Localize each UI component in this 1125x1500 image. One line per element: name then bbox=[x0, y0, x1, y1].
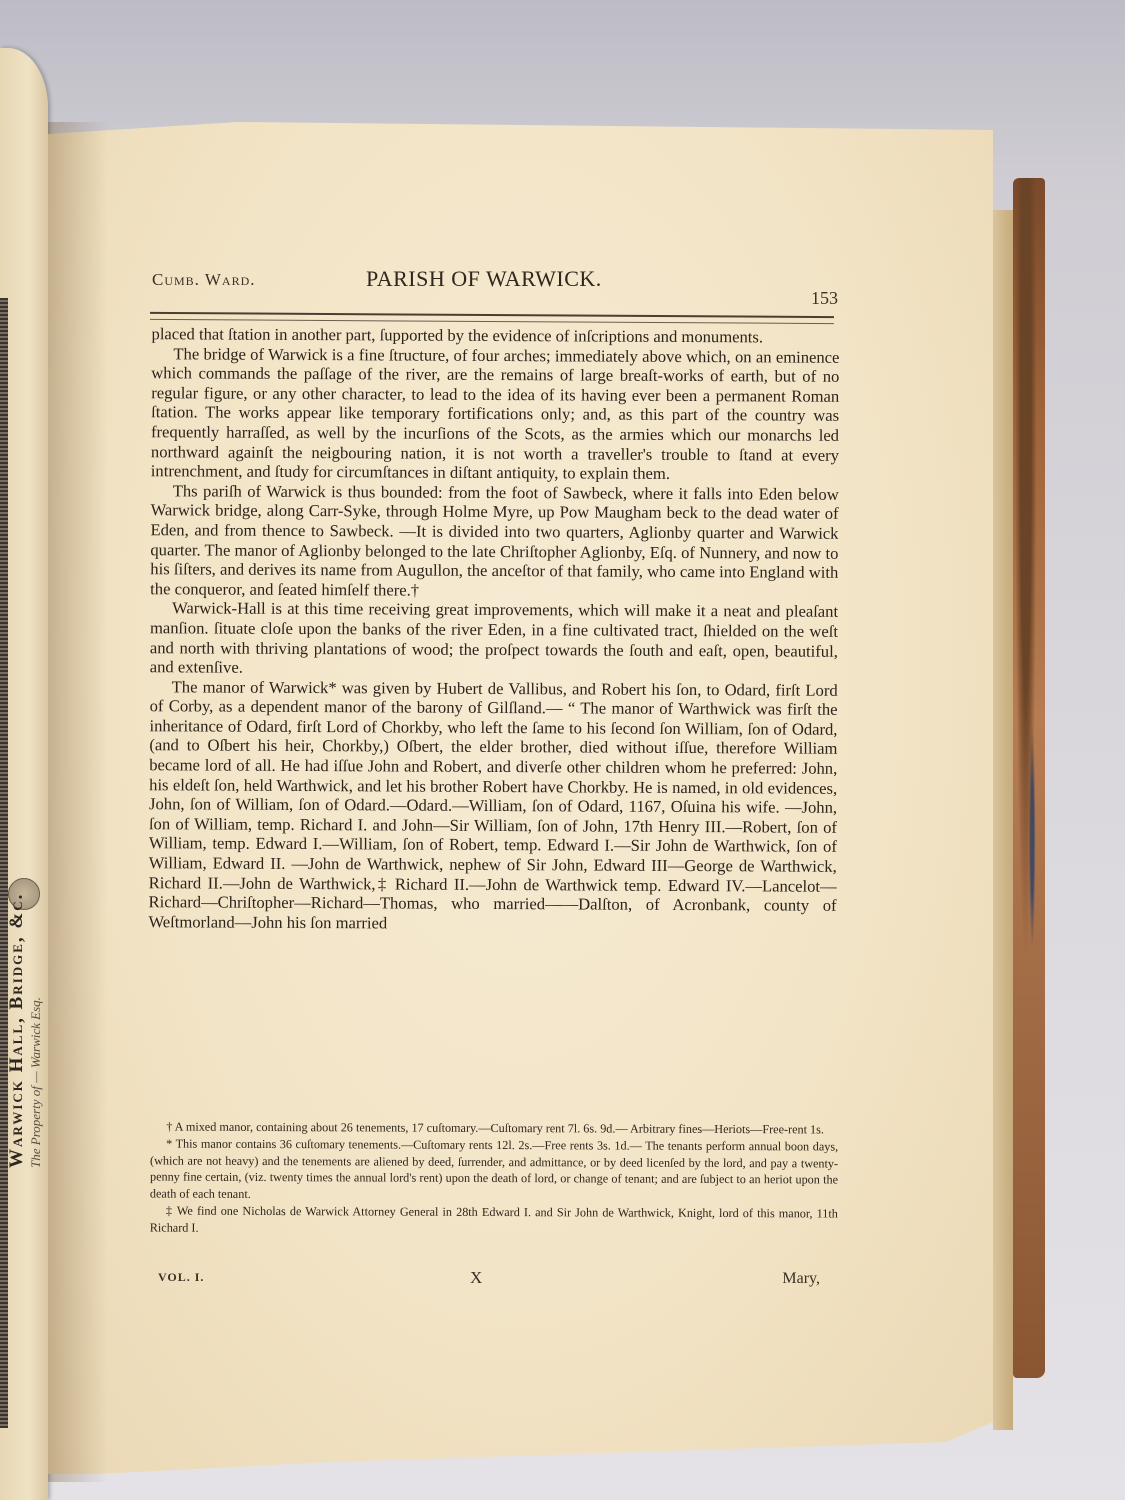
plate-caption-sub: The Property of — Warwick Esq. bbox=[28, 997, 44, 1168]
page-fore-edge bbox=[993, 210, 1013, 1430]
page-title: PARISH OF WARWICK. bbox=[366, 266, 602, 292]
paragraph: Ths pariſh of Warwick is thus bounded: f… bbox=[150, 481, 839, 602]
catchword: Mary, bbox=[782, 1270, 820, 1288]
paragraph: The bridge of Warwick is a fine ſtructur… bbox=[151, 344, 840, 485]
volume-label: VOL. I. bbox=[158, 1270, 204, 1285]
signature-mark: X bbox=[470, 1268, 482, 1288]
plate-caption: Warwick Hall, Bridge, &c. The Property o… bbox=[8, 608, 42, 1168]
plate-caption-main: Warwick Hall, Bridge, &c. bbox=[6, 893, 28, 1168]
facing-plate-page: Warwick Hall, Bridge, &c. The Property o… bbox=[0, 48, 48, 1500]
marbled-cover-edge bbox=[1013, 178, 1045, 1378]
signature-line: VOL. I. X Mary, bbox=[158, 1268, 820, 1290]
footnote-double-dagger: ‡ We find one Nicholas de Warwick Attorn… bbox=[150, 1202, 838, 1239]
engraving-edge bbox=[0, 298, 8, 1428]
paragraph: The manor of Warwick* was given by Huber… bbox=[148, 677, 837, 935]
running-head-ward: Cumb. Ward. bbox=[152, 270, 256, 290]
footnote-asterisk: * This manor contains 36 cuſtomary tenem… bbox=[150, 1135, 838, 1205]
page-number: 153 bbox=[811, 288, 838, 309]
footnotes: † A mixed manor, containing about 26 ten… bbox=[150, 1118, 839, 1239]
running-head: Cumb. Ward. PARISH OF WARWICK. 153 bbox=[152, 266, 838, 300]
paragraph: Warwick-Hall is at this time receiving g… bbox=[150, 599, 838, 681]
body-text: placed that ſtation in another part, ſup… bbox=[148, 324, 839, 935]
